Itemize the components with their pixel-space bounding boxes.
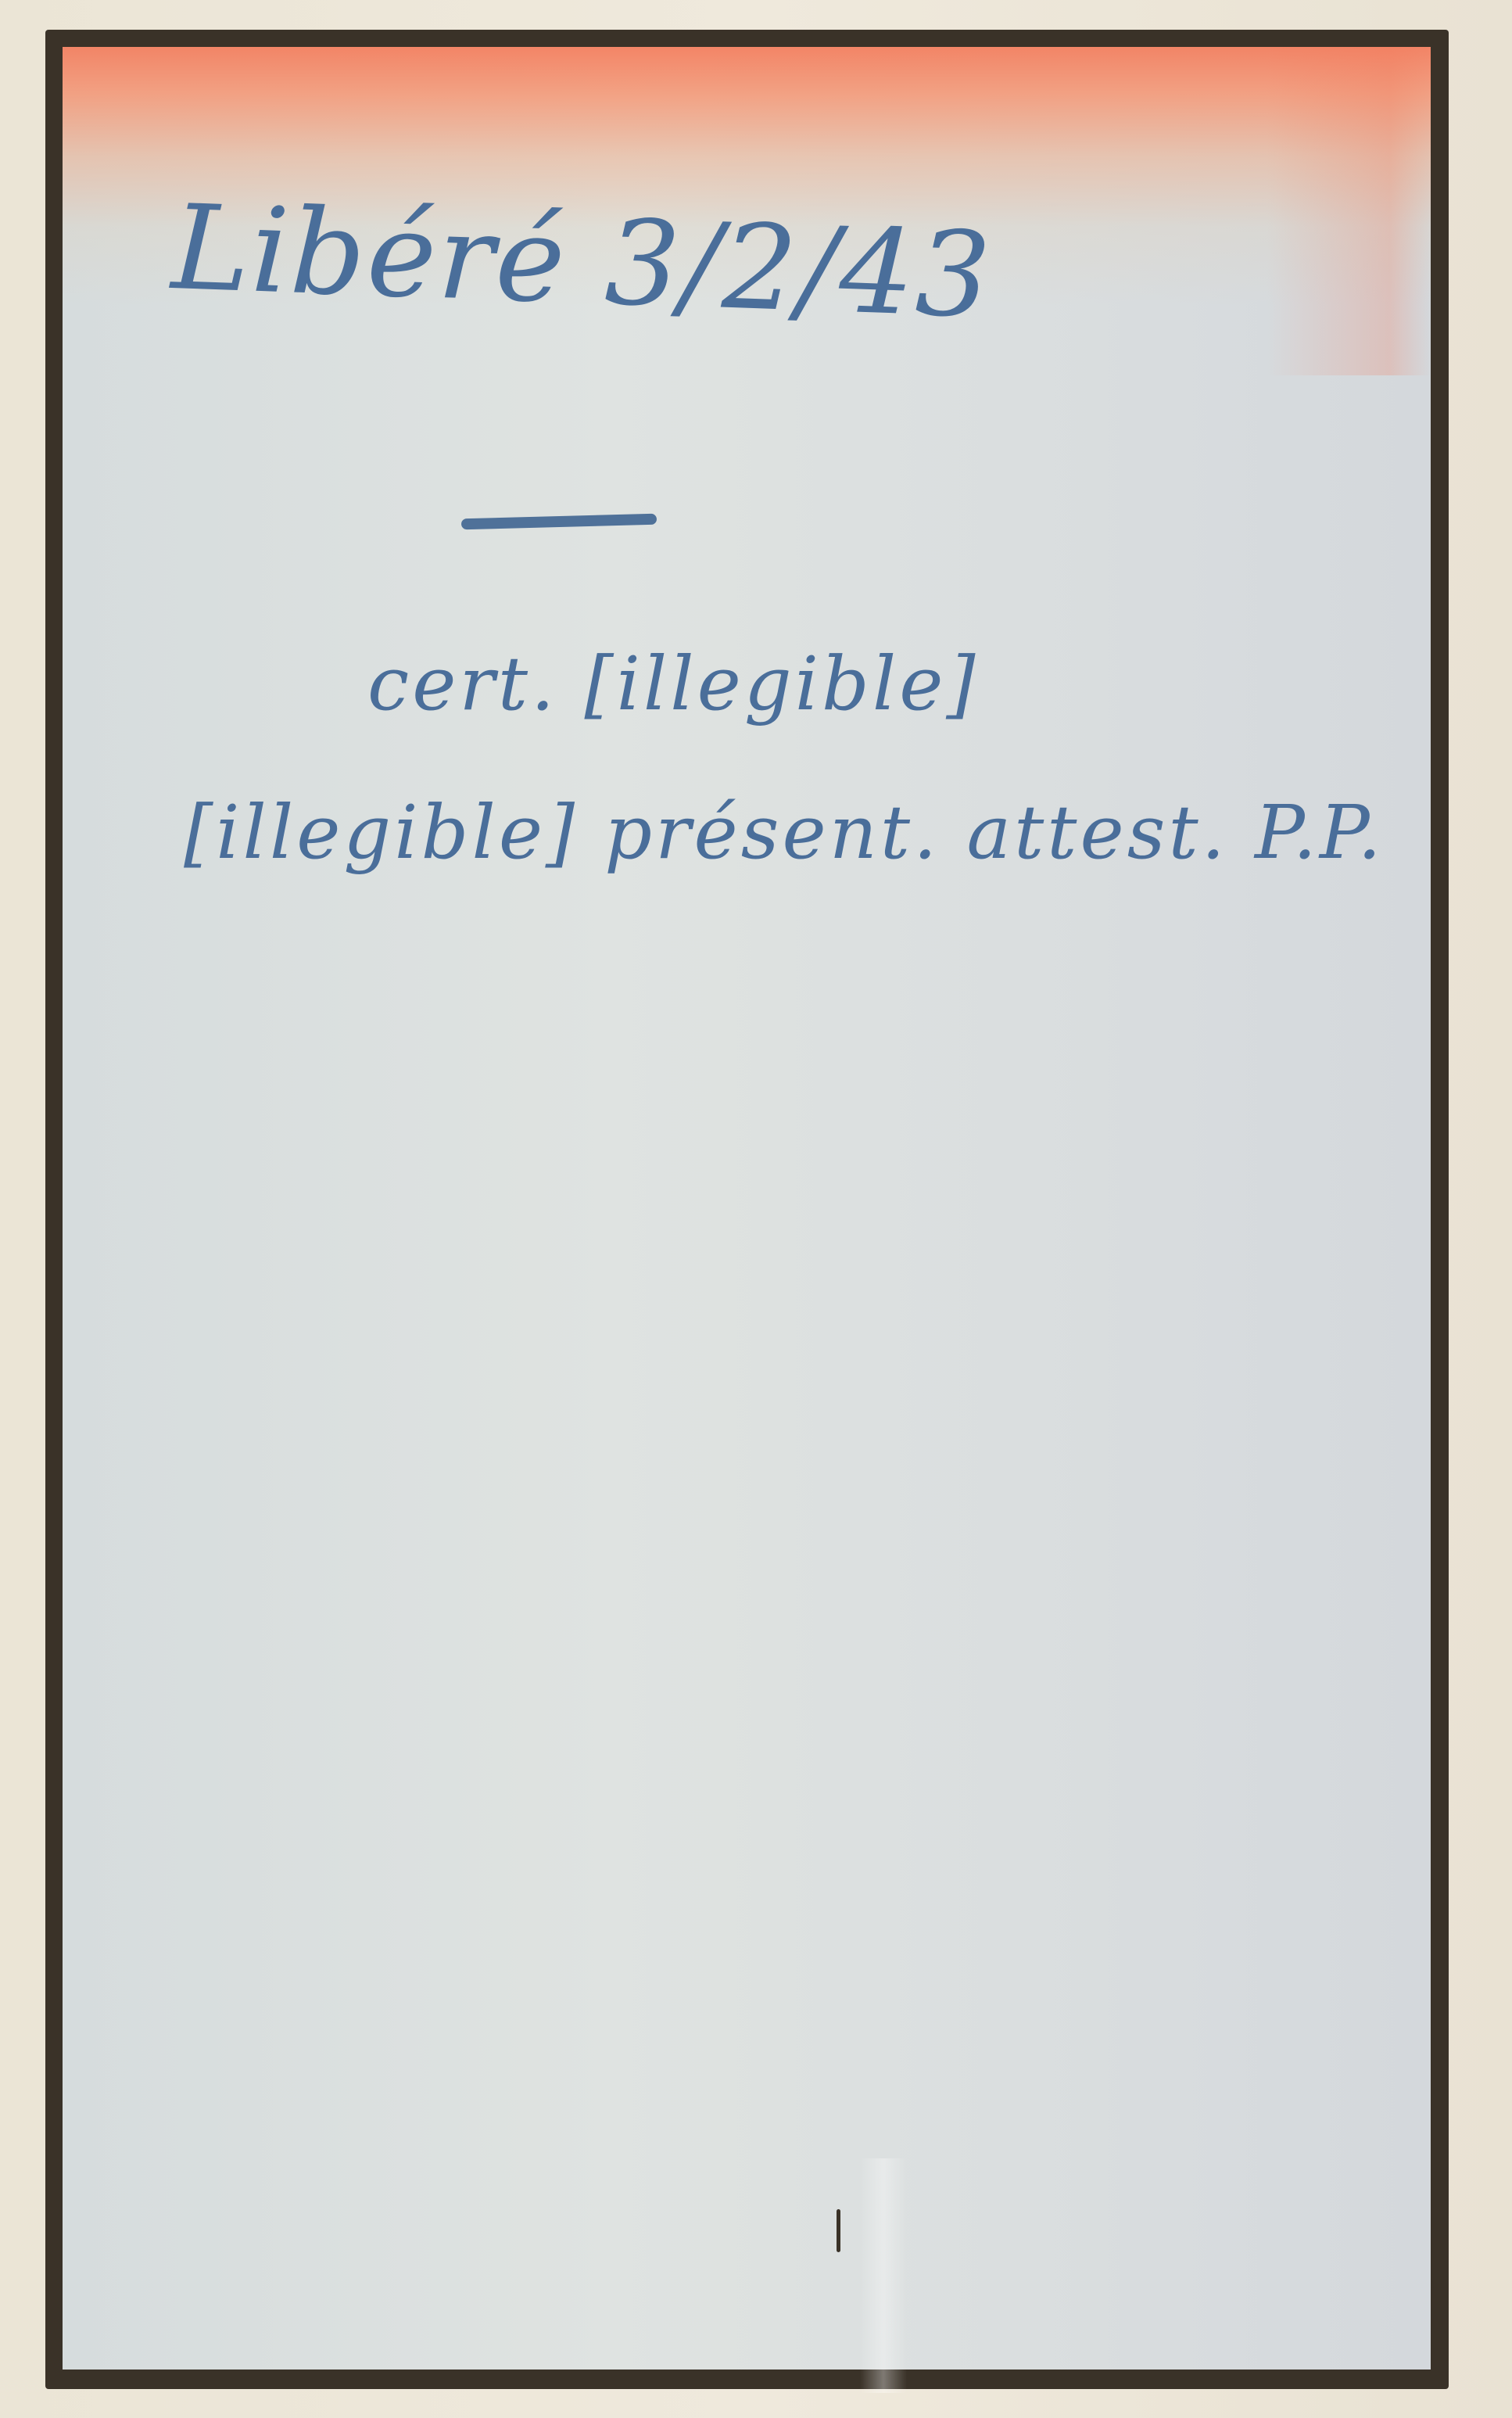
paper-crease <box>860 2158 907 2393</box>
archival-card: Libéré 3/2/43 cert. [illegible] [illegib… <box>63 47 1431 2370</box>
handwritten-release-date: Libéré 3/2/43 <box>170 180 994 345</box>
handwritten-certificate-note: cert. [illegible] <box>367 641 979 727</box>
handwritten-attestation-note: [illegible] présent. attest. P.P. <box>184 790 1385 876</box>
handwritten-separator-dash <box>461 514 657 530</box>
paper-tear-mark <box>837 2209 840 2252</box>
